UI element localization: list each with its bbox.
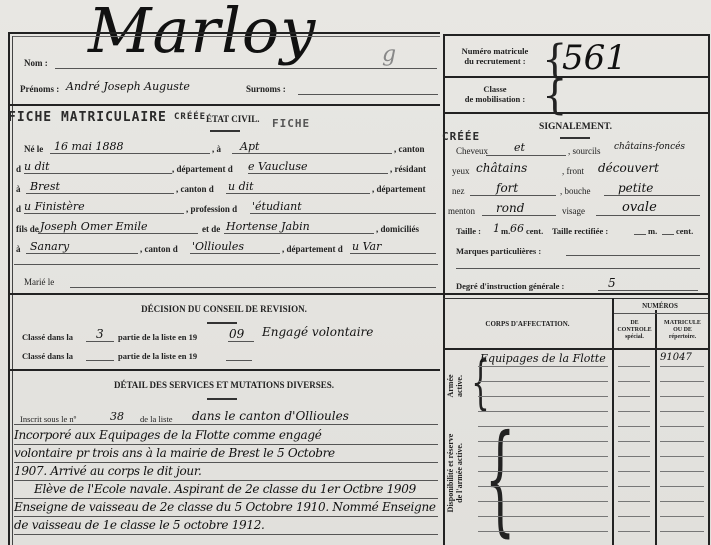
domicile-value: Sanary bbox=[30, 240, 69, 253]
stamp-fiche: FICHE bbox=[272, 117, 310, 130]
classe-line2-label-b: partie de la liste en 19 bbox=[118, 351, 197, 361]
bouche-value: petite bbox=[618, 181, 653, 195]
domicilies-label: , domiciliés bbox=[376, 224, 419, 234]
visage-value: ovale bbox=[622, 200, 657, 215]
taille-cm-value: 66 bbox=[510, 222, 524, 235]
taille-rect-cm-label: cent. bbox=[676, 226, 693, 236]
surnoms-label: Surnoms : bbox=[246, 84, 286, 94]
numeros-header: NUMÉROS bbox=[612, 302, 708, 310]
service-line: 1907. Arrivé au corps le dit jour. bbox=[14, 464, 202, 478]
fils-de-label: fils de bbox=[16, 224, 39, 234]
departement2-prefix: d bbox=[16, 204, 21, 214]
corps-header: CORPS D'AFFECTATION. bbox=[443, 320, 612, 328]
classe-label: Classe de mobilisation : bbox=[446, 84, 544, 104]
controle-header: DE CONTROLE spécial. bbox=[614, 320, 655, 341]
canton2-value: u dit bbox=[228, 180, 254, 193]
menton-label: menton bbox=[448, 206, 475, 216]
registration-card: Marloy g Nom : Prénoms : André Joseph Au… bbox=[0, 0, 711, 545]
classe-line1-label-b: partie de la liste en 19 bbox=[118, 332, 197, 342]
disponibilite-label: Disponibilité et réserve de l'armée acti… bbox=[446, 418, 464, 528]
pere-value: Joseph Omer Emile bbox=[40, 220, 148, 233]
service-line: de vaisseau de 1e classe le 5 octobre 19… bbox=[14, 518, 265, 532]
services-title: DÉTAIL DES SERVICES ET MUTATIONS DIVERSE… bbox=[8, 380, 440, 390]
corps-value: Equipages de la Flotte bbox=[480, 352, 606, 365]
marie-label: Marié le bbox=[24, 277, 54, 287]
nom-annotation: g bbox=[382, 42, 396, 67]
classe-line1-note: Engagé volontaire bbox=[262, 325, 373, 339]
taille-rect-m-label: m. bbox=[648, 226, 657, 236]
matricule-value: 91047 bbox=[660, 352, 692, 363]
taille-rect-label: Taille rectifiée : bbox=[552, 226, 608, 236]
departement2-label: , département bbox=[372, 184, 426, 194]
etat-civil-title: ÉTAT CIVIL. bbox=[206, 114, 260, 124]
taille-cm-label: cent. bbox=[526, 226, 543, 236]
a-value: Apt bbox=[240, 140, 259, 153]
ne-le-label: Né le bbox=[24, 144, 43, 154]
signalement-title: SIGNALEMENT. bbox=[443, 122, 708, 132]
canton-value: u dit bbox=[24, 160, 50, 173]
visage-label: visage bbox=[562, 206, 585, 216]
conseil-title: DÉCISION DU CONSEIL DE REVISION. bbox=[8, 304, 440, 314]
inscrit-value: dans le canton d'Ollioules bbox=[192, 409, 349, 423]
residant-value: Brest bbox=[30, 180, 60, 193]
service-line: Elève de l'Ecole navale. Aspirant de 2e … bbox=[34, 482, 416, 496]
cheveux-value: et bbox=[514, 141, 525, 154]
prenoms-label: Prénoms : bbox=[20, 84, 59, 94]
service-line: volontaire pr trois ans à la mairie de B… bbox=[14, 446, 335, 460]
canton2-label: , canton d bbox=[176, 184, 214, 194]
classe-line1-partie: 3 bbox=[96, 327, 104, 341]
nom-label: Nom : bbox=[24, 58, 48, 68]
marques-label: Marques particulières : bbox=[456, 246, 541, 256]
instruction-label: Degré d'instruction générale : bbox=[456, 281, 564, 291]
profession-label: , profession d bbox=[186, 204, 237, 214]
classe-line2-label: Classé dans la bbox=[22, 351, 73, 361]
mere-value: Hortense Jabin bbox=[226, 220, 310, 233]
domicile-prefix: à bbox=[16, 244, 21, 254]
residant-prefix: à bbox=[16, 184, 21, 194]
yeux-value: châtains bbox=[476, 161, 527, 175]
inscrit-label-b: de la liste bbox=[140, 414, 173, 424]
front-label: , front bbox=[562, 166, 584, 176]
taille-m-value: 1 bbox=[493, 222, 500, 235]
yeux-label: yeux bbox=[452, 166, 470, 176]
inscrit-numero: 38 bbox=[110, 410, 124, 423]
departement-label: , département d bbox=[172, 164, 233, 174]
et-de-label: et de bbox=[202, 224, 220, 234]
stamp-creee: CRÉÉE bbox=[174, 112, 206, 122]
taille-m-label: m. bbox=[501, 226, 510, 236]
nez-value: fort bbox=[496, 181, 518, 195]
classe-line1-year: 09 bbox=[229, 327, 244, 341]
a-label: , à bbox=[212, 144, 221, 154]
canton-label: , canton bbox=[394, 144, 425, 154]
service-line: Incorporé aux Equipages de la Flotte com… bbox=[14, 428, 322, 442]
departement3-value: u Var bbox=[352, 240, 381, 253]
matricule-header: MATRICULE OU DE répertoire. bbox=[657, 320, 708, 341]
departement3-label: , département d bbox=[282, 244, 343, 254]
canton3-label: , canton d bbox=[140, 244, 178, 254]
armee-active-label: Armée active. bbox=[446, 356, 464, 416]
profession-value: 'étudiant bbox=[252, 200, 302, 213]
departement2-value: u Finistère bbox=[24, 200, 85, 213]
inscrit-label: Inscrit sous le nº bbox=[20, 414, 76, 424]
menton-value: rond bbox=[496, 201, 524, 215]
front-value: découvert bbox=[598, 161, 659, 175]
classe-line1-label: Classé dans la bbox=[22, 332, 73, 342]
taille-label: Taille : bbox=[456, 226, 481, 236]
ne-le-value: 16 mai 1888 bbox=[54, 140, 124, 153]
stamp-fiche-matriculaire: FICHE MATRICULAIRE bbox=[8, 110, 167, 125]
nez-label: nez bbox=[452, 186, 465, 196]
cheveux-label: Cheveux bbox=[456, 146, 488, 156]
instruction-value: 5 bbox=[608, 276, 616, 290]
prenoms-value: André Joseph Auguste bbox=[66, 80, 190, 93]
bouche-label: , bouche bbox=[560, 186, 591, 196]
departement-value: e Vaucluse bbox=[248, 160, 308, 173]
sourcils-value: châtains-foncés bbox=[614, 142, 685, 152]
residant-label: , résidant bbox=[390, 164, 426, 174]
canton3-value: 'Ollioules bbox=[192, 240, 244, 253]
sourcils-label: , sourcils bbox=[568, 146, 601, 156]
matricule-label: Numéro matricule du recrutement : bbox=[446, 46, 544, 66]
matricule-value: 561 bbox=[562, 38, 627, 78]
canton-prefix: d bbox=[16, 164, 21, 174]
service-line: Enseigne de vaisseau de 2e classe du 5 O… bbox=[14, 500, 436, 514]
